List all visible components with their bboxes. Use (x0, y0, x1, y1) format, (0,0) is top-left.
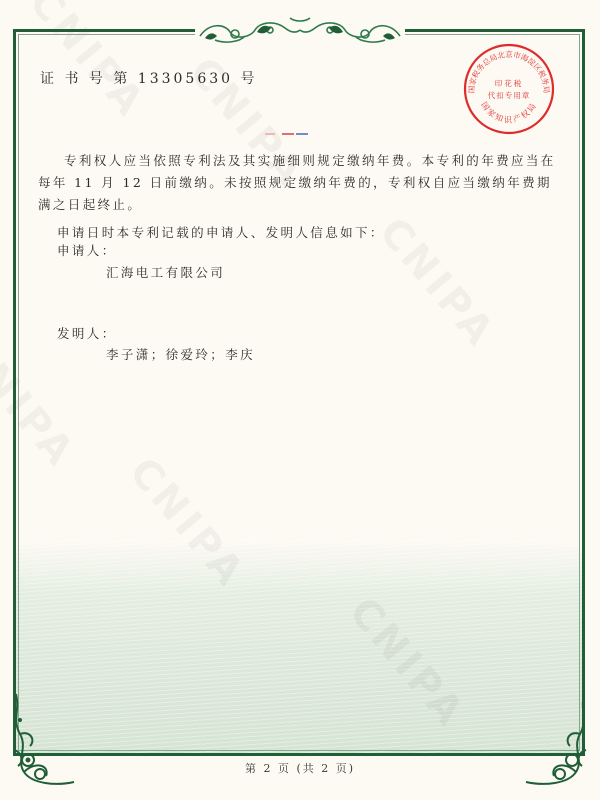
certificate-page: CNIPA CNIPA CNIPA CNIPA CNIPA CNIPA (0, 0, 600, 800)
seal-bottom-text: 国家知识产权局 (479, 100, 538, 124)
seal-inner-line2: 代扣专用章 (488, 90, 531, 100)
annual-fee-notice: 专利权人应当依照专利法及其实施细则规定缴纳年费。本专利的年费应当在每年 11 月… (38, 150, 558, 216)
border-frame-inner (18, 34, 580, 751)
applicant-value: 汇海电工有限公司 (106, 262, 225, 284)
print-mark (296, 133, 308, 135)
certificate-number: 证 书 号 第 13305630 号 (40, 68, 258, 88)
seal-inner-line1: 印花税 (495, 78, 524, 88)
inventor-value: 李子潇；徐爱玲；李庆 (106, 344, 255, 366)
corner-ornament-icon (6, 690, 78, 792)
print-mark (282, 133, 294, 135)
inventor-label: 发明人： (57, 323, 117, 345)
applicant-label: 申请人： (57, 240, 117, 262)
print-mark (265, 133, 275, 135)
svg-text:国家知识产权局: 国家知识产权局 (479, 100, 538, 124)
corner-ornament-icon (522, 690, 594, 792)
page-indicator: 第 2 页 (共 2 页) (0, 760, 600, 776)
top-ornament-icon (195, 12, 405, 48)
official-seal-icon: 国家税务总局北京市海淀区税务局 印花税 代扣专用章 国家知识产权局 (462, 42, 556, 136)
